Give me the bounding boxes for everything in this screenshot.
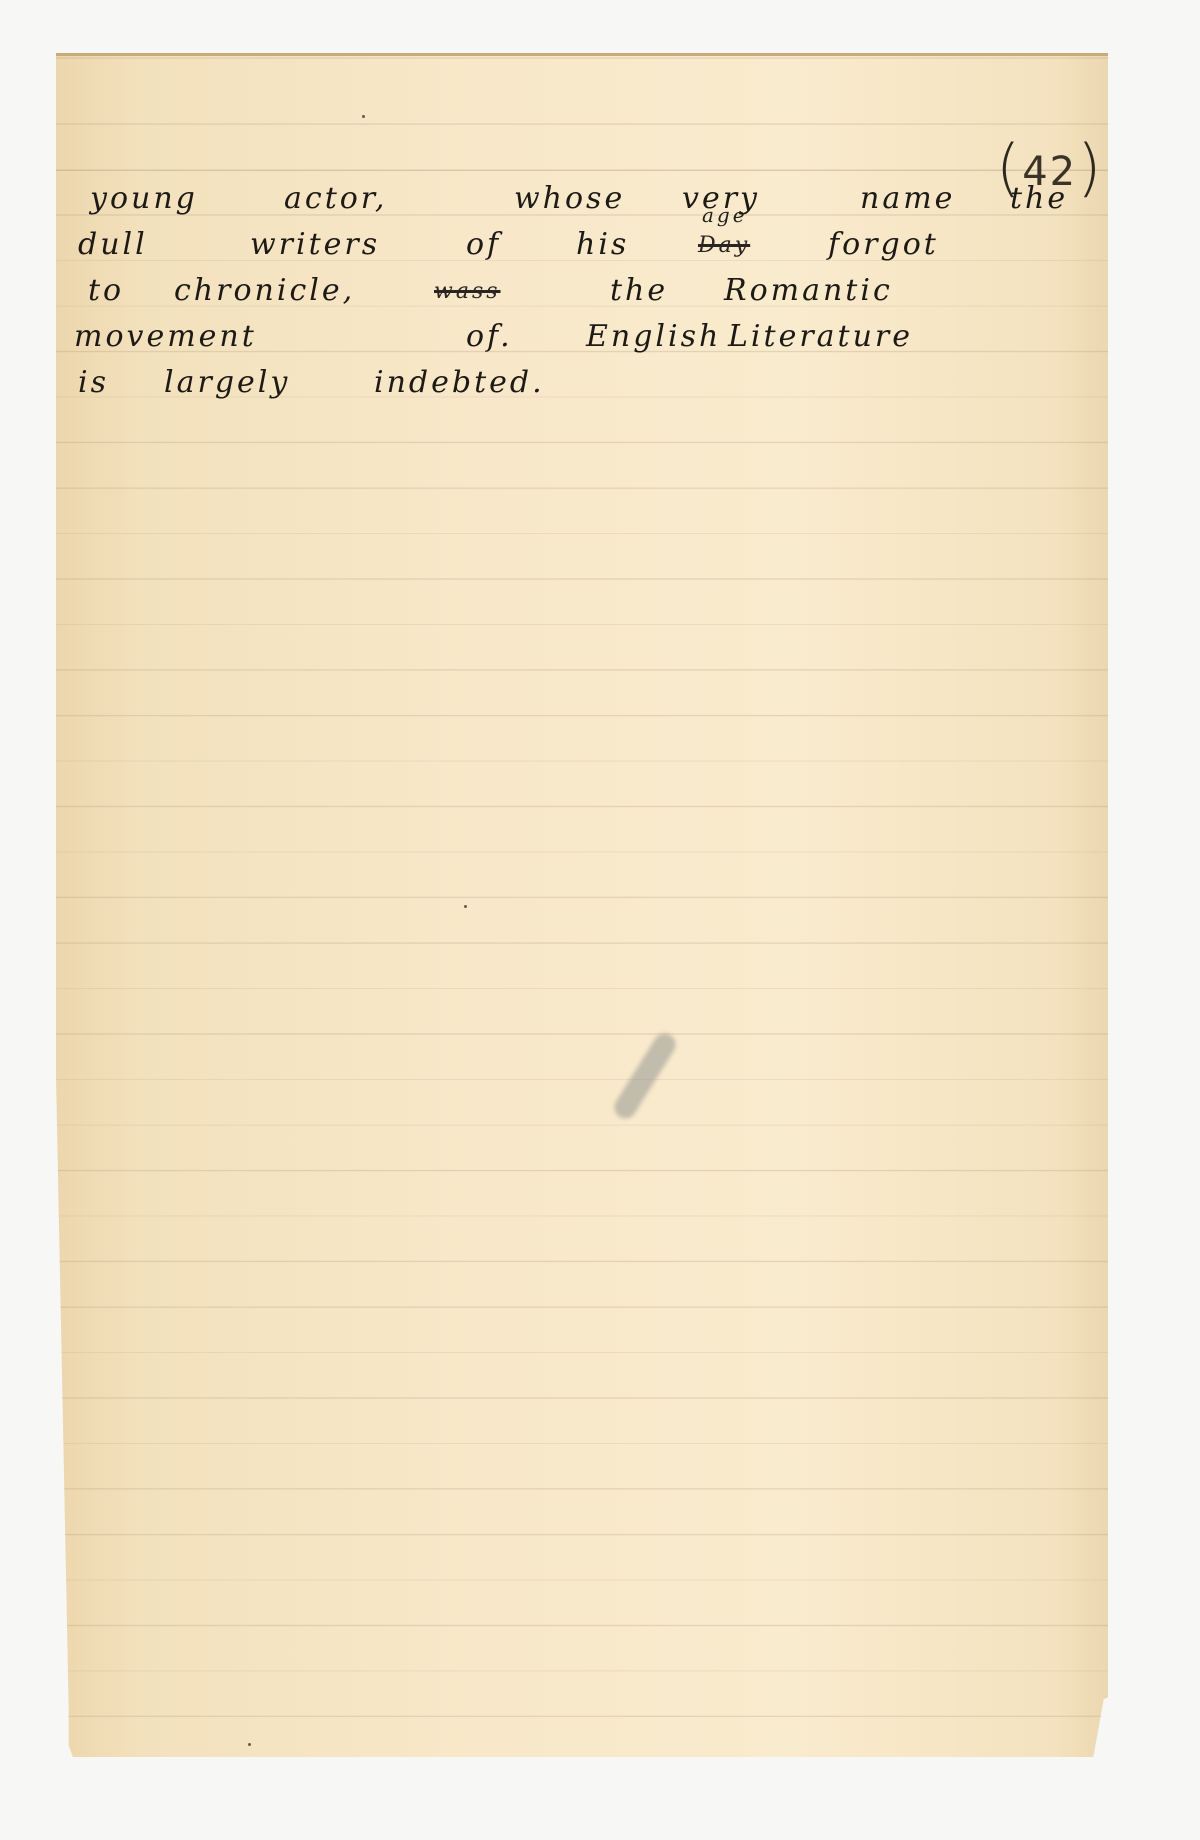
word: young xyxy=(90,181,198,216)
word: chronicle, xyxy=(174,273,355,308)
struck-word: wass xyxy=(434,279,501,304)
word: English xyxy=(586,319,721,354)
word: writers xyxy=(250,227,380,262)
word: largely xyxy=(164,365,290,400)
word: name xyxy=(860,181,955,216)
word: dull xyxy=(78,227,148,262)
word: his xyxy=(576,227,629,262)
word: indebted. xyxy=(374,365,545,400)
word: forgot xyxy=(828,227,939,262)
word: Literature xyxy=(728,319,913,354)
word: to xyxy=(88,273,124,308)
ruled-line xyxy=(56,170,1108,171)
word: of. xyxy=(466,319,513,354)
struck-word: Day xyxy=(698,233,750,258)
paper-speck xyxy=(362,115,365,118)
paper-speck xyxy=(248,1743,251,1746)
word: of xyxy=(466,227,501,262)
word: is xyxy=(78,365,109,400)
word: Romantic xyxy=(724,273,893,308)
word: the xyxy=(610,273,668,308)
word: the xyxy=(1010,181,1068,216)
manuscript-page: (42) young actor, whose very name the du… xyxy=(56,53,1108,1757)
word: actor, xyxy=(284,181,387,216)
word: movement xyxy=(74,319,257,354)
close-paren: ) xyxy=(1077,131,1103,204)
paper-speck xyxy=(464,905,467,908)
inserted-word: age xyxy=(702,203,748,227)
word: whose xyxy=(514,181,625,216)
ink-smudge xyxy=(610,1029,680,1122)
